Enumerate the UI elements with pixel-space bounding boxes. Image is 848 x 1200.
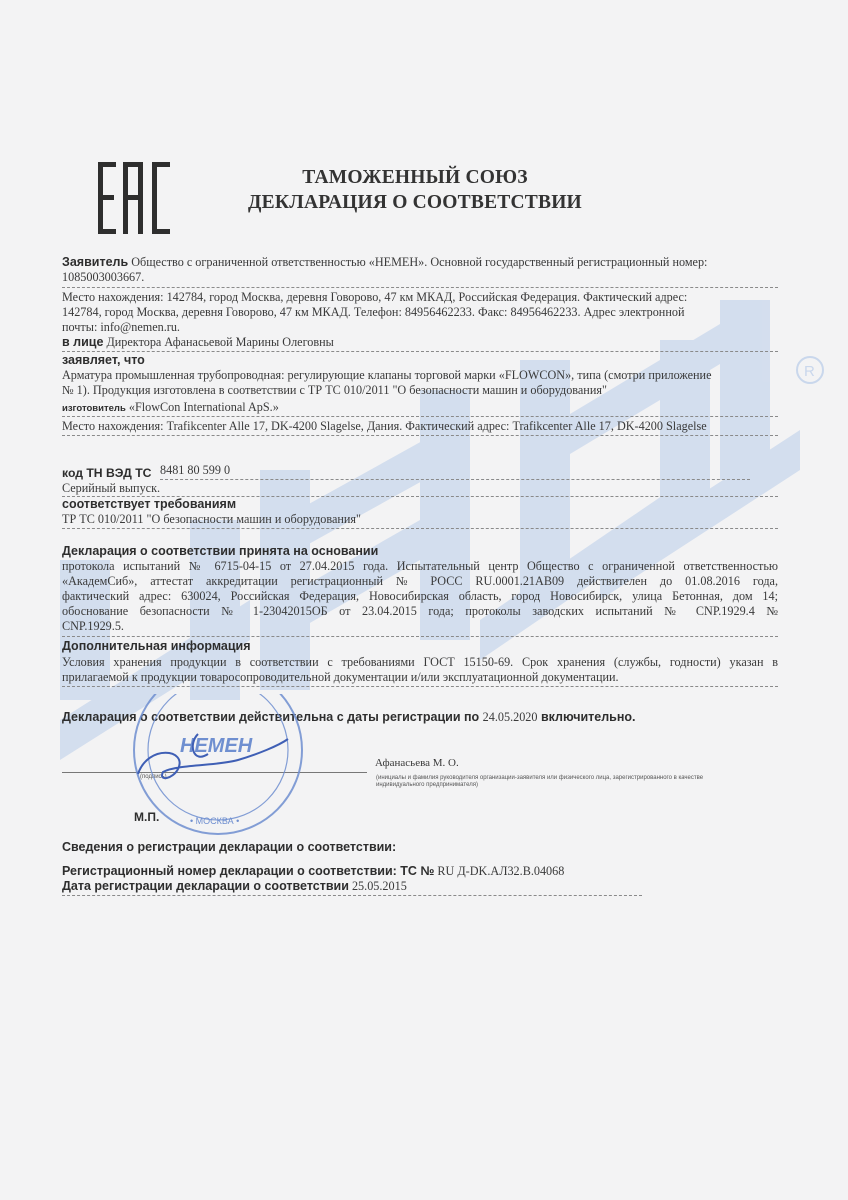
divider: [62, 287, 778, 288]
signer-caption-2: индивидуального предпринимателя): [376, 782, 478, 789]
basis-line: фактический адрес: 630024, Российская Фе…: [62, 589, 778, 604]
additional-line-1: Условия хранения продукции в соответстви…: [62, 655, 778, 670]
validity-date: 24.05.2020: [483, 710, 538, 724]
registration-number-line: Регистрационный номер декларации о соотв…: [62, 864, 564, 879]
registration-date-value: 25.05.2015: [349, 879, 407, 893]
requirements-value: ТР ТС 010/2011 "О безопасности машин и о…: [62, 512, 361, 527]
seal-label: М.П.: [134, 810, 159, 825]
validity-prefix: Декларация о соответствии действительна …: [62, 710, 483, 724]
person-line: в лице Директора Афанасьевой Марины Олег…: [62, 335, 334, 350]
divider: [62, 416, 778, 417]
applicant-line: Заявитель Общество с ограниченной ответс…: [62, 255, 707, 270]
basis-line: обоснование безопасности № 1-23042015ОБ …: [62, 604, 778, 619]
validity-line: Декларация о соответствии действительна …: [62, 710, 636, 725]
svg-text:R: R: [804, 363, 815, 380]
signer-caption-1: (инициалы и фамилия руководителя организ…: [376, 775, 703, 782]
signature-caption: (подпись): [140, 774, 167, 781]
applicant-address-2: 142784, город Москва, деревня Говорово, …: [62, 305, 684, 320]
registration-heading: Сведения о регистрации декларации о соот…: [62, 840, 396, 855]
registration-date-line: Дата регистрации декларации о соответств…: [62, 879, 407, 894]
title-declaration: ДЕКЛАРАЦИЯ О СООТВЕТСТВИИ: [230, 190, 600, 215]
signature-line: [62, 772, 367, 773]
validity-suffix: включительно.: [537, 710, 635, 724]
svg-text:НЕМЕН: НЕМЕН: [180, 735, 253, 757]
divider: [62, 895, 642, 896]
eac-logo-icon: [98, 162, 172, 234]
basis-label: Декларация о соответствии принята на осн…: [62, 544, 378, 559]
applicant-label: Заявитель: [62, 255, 128, 269]
basis-line: «АкадемСиб», аттестат аккредитации регис…: [62, 574, 778, 589]
applicant-ogrn: 1085003003667.: [62, 270, 144, 285]
declares-label: заявляет, что: [62, 353, 145, 368]
manufacturer-label: изготовитель: [62, 403, 126, 414]
title-customs-union: ТАМОЖЕННЫЙ СОЮЗ: [230, 165, 600, 190]
person-label: в лице: [62, 335, 103, 349]
hs-code-label: код ТН ВЭД ТС: [62, 466, 151, 481]
applicant-value: Общество с ограниченной ответственностью…: [128, 255, 707, 269]
manufacturer-address: Место нахождения: Trafikcenter Alle 17, …: [62, 419, 707, 434]
manufacturer-line: изготовитель «FlowCon International ApS.…: [62, 400, 279, 416]
declaration-page: R ТАМОЖЕННЫЙ СОЮЗ ДЕКЛАРАЦИЯ О СООТВЕТСТ…: [0, 0, 848, 1200]
product-line-1: Арматура промышленная трубопроводная: ре…: [62, 368, 711, 383]
divider: [160, 479, 750, 480]
applicant-address-1: Место нахождения: 142784, город Москва, …: [62, 290, 687, 305]
divider: [62, 435, 778, 436]
svg-text:• МОСКВА •: • МОСКВА •: [190, 816, 239, 826]
basis-line: протокола испытаний № 6715-04-15 от 27.0…: [62, 559, 778, 574]
signer-name: Афанасьева М. О.: [375, 756, 459, 771]
divider: [62, 351, 778, 352]
applicant-address-3: почты: info@nemen.ru.: [62, 320, 180, 335]
additional-label: Дополнительная информация: [62, 639, 251, 654]
person-value: Директора Афанасьевой Марины Олеговны: [103, 335, 333, 349]
divider: [62, 636, 778, 637]
divider: [62, 686, 778, 687]
additional-line-2: прилагаемой к продукции товаросопроводит…: [62, 670, 619, 685]
hs-code-value: 8481 80 599 0: [160, 463, 230, 478]
requirements-label: соответствует требованиям: [62, 497, 236, 512]
manufacturer-value: «FlowCon International ApS.»: [126, 400, 279, 414]
basis-line: CNP.1929.5.: [62, 619, 124, 634]
registration-number-label: Регистрационный номер декларации о соотв…: [62, 864, 434, 878]
divider: [62, 528, 778, 529]
serial-release: Серийный выпуск.: [62, 481, 160, 496]
registration-number-value: RU Д-DK.АЛ32.В.04068: [434, 864, 564, 878]
registration-date-label: Дата регистрации декларации о соответств…: [62, 879, 349, 893]
product-line-2: № 1). Продукция изготовлена в соответств…: [62, 383, 607, 398]
document-title: ТАМОЖЕННЫЙ СОЮЗ ДЕКЛАРАЦИЯ О СООТВЕТСТВИ…: [230, 165, 600, 215]
